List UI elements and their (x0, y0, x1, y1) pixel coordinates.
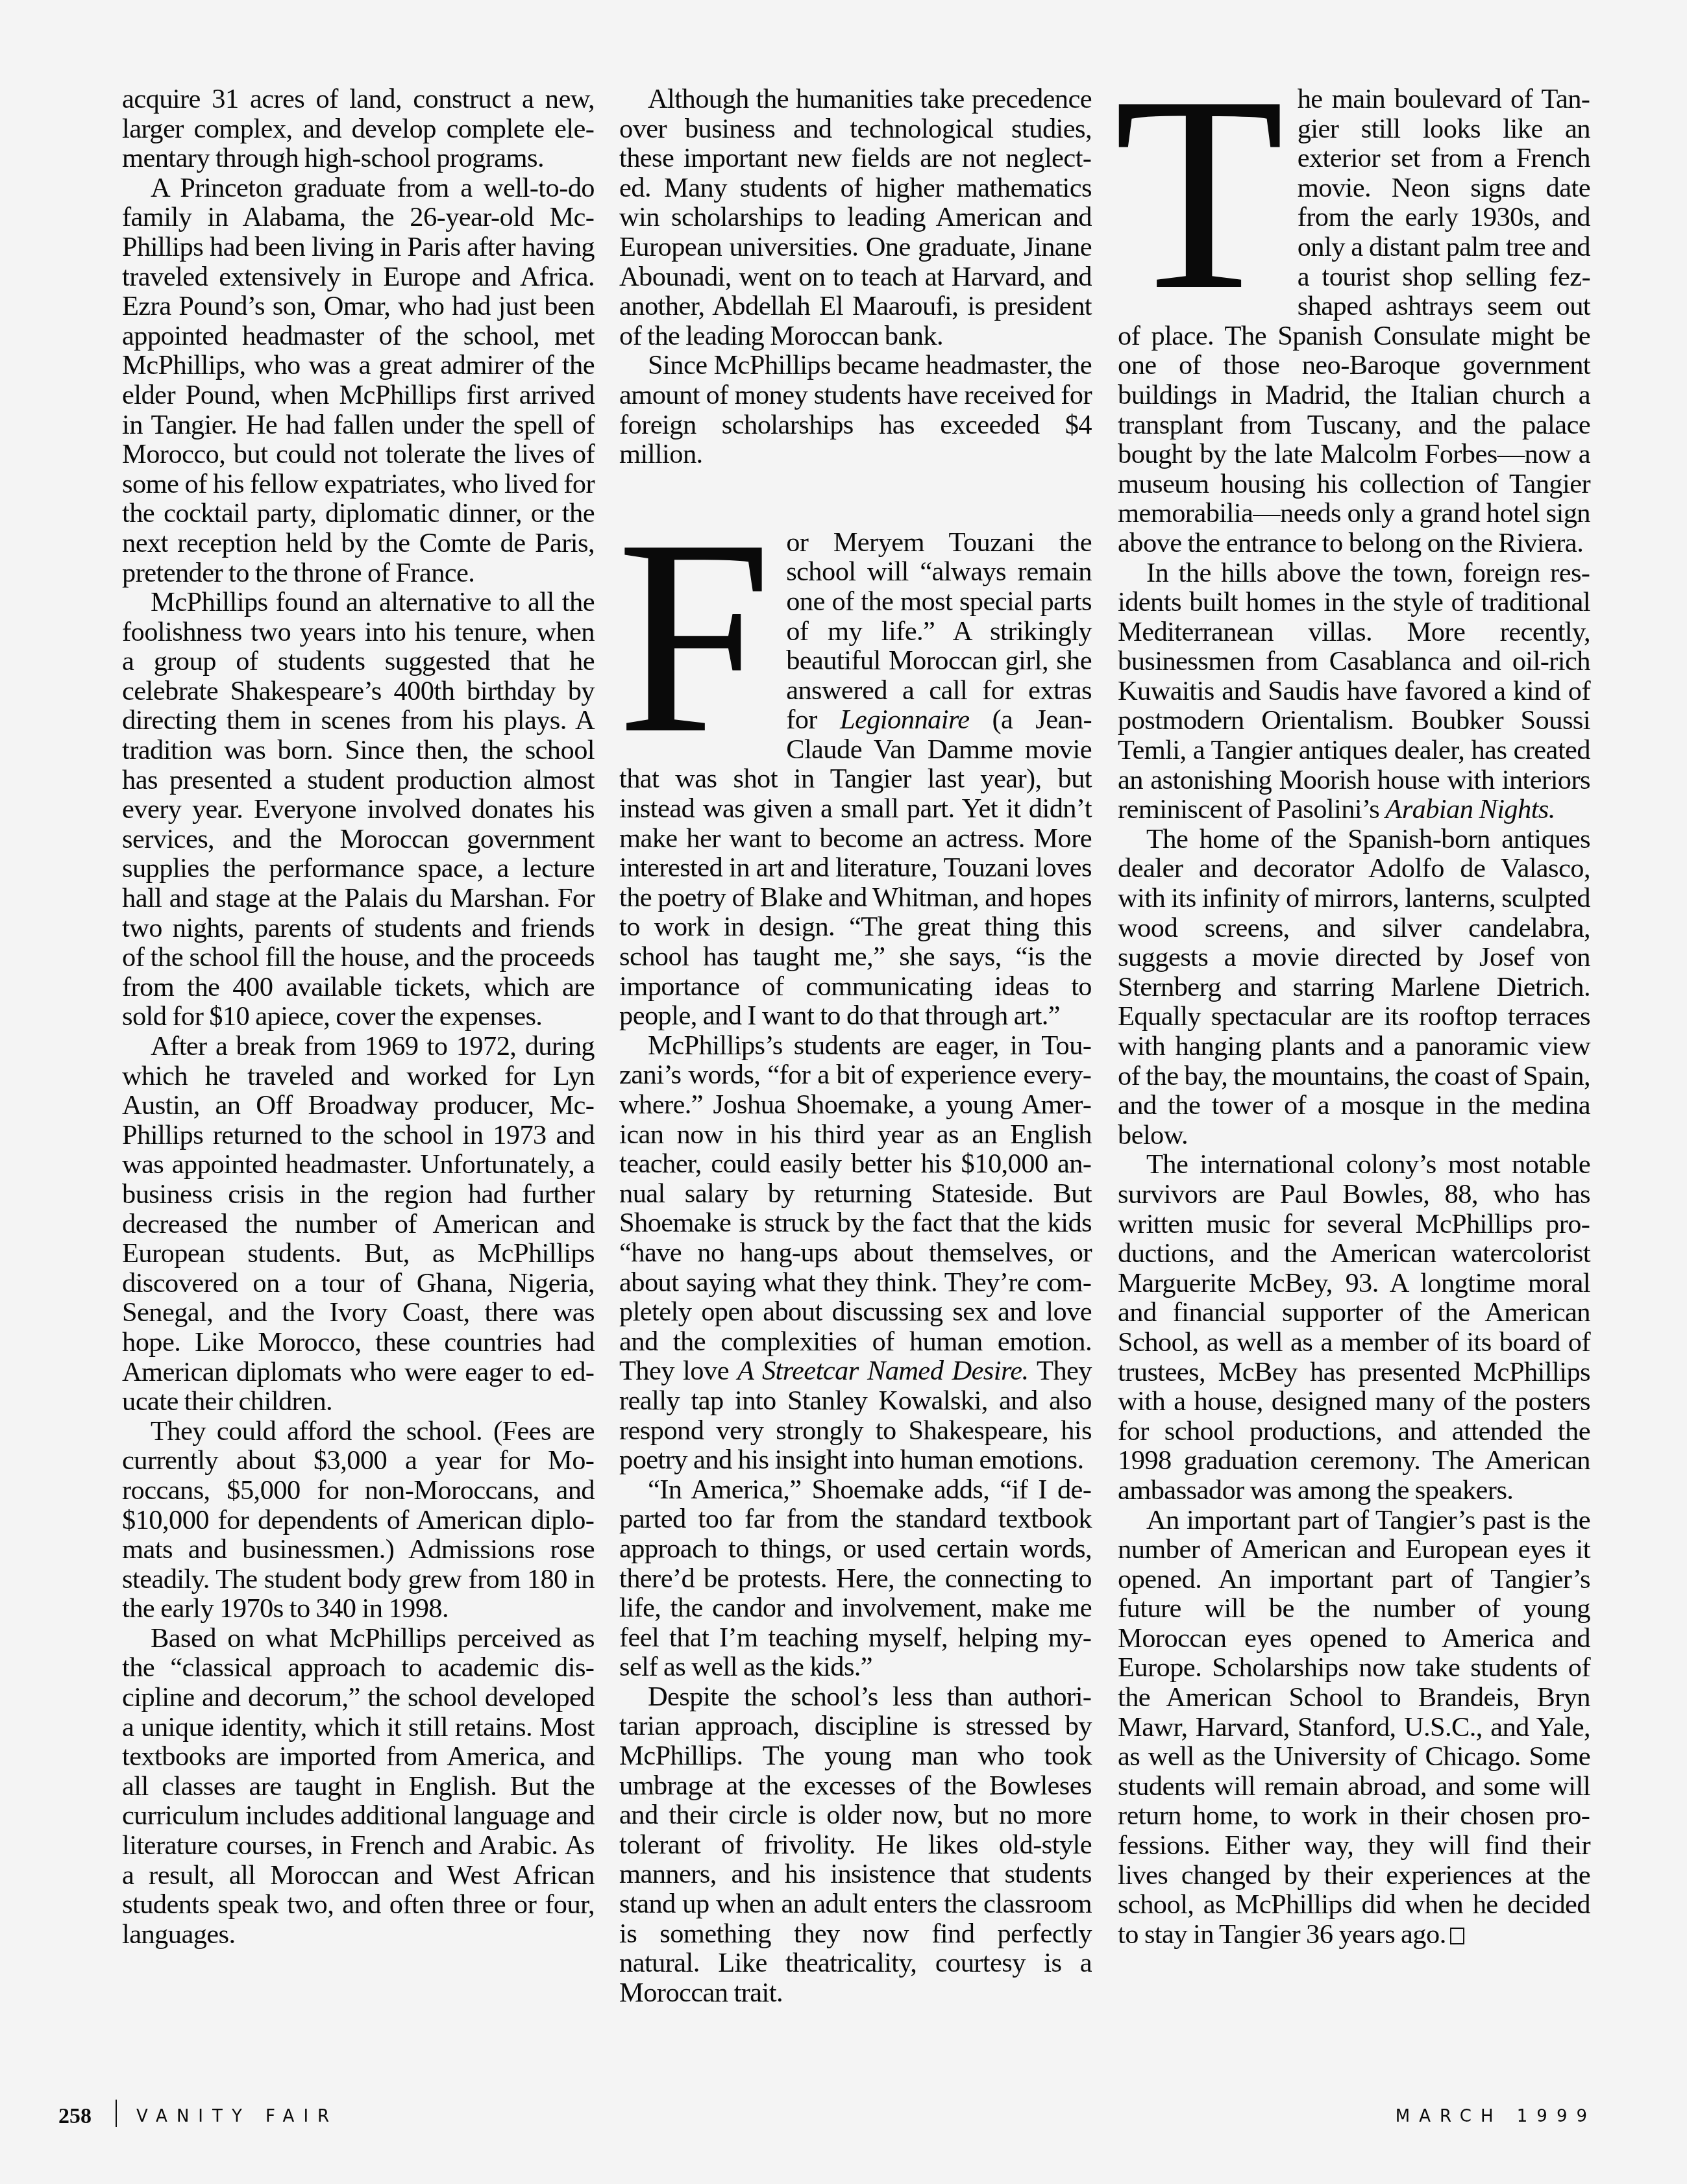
section-opening-paragraph: For Meryem Touzani the school will “alwa… (619, 528, 1092, 1031)
paragraph: “In America,” Shoemake adds, “if I de­pa… (619, 1475, 1092, 1682)
paragraph: Despite the school’s less than authori­t… (619, 1682, 1092, 2008)
section-opening-paragraph: The main boulevard of Tan­gier still loo… (1118, 84, 1590, 558)
paragraph: They could afford the school. (Fees are … (122, 1417, 595, 1624)
paragraph: An important part of Tangier’s past is t… (1118, 1506, 1590, 1950)
paragraph-text: or Meryem Touzani the school will “alway… (786, 527, 1092, 736)
film-title: Legionnaire (840, 704, 970, 735)
end-of-article-square-icon (1450, 1928, 1464, 1944)
paragraph: The home of the Spanish-born antiques de… (1118, 825, 1590, 1150)
paragraph: McPhillips’s students are eager, in Tou­… (619, 1031, 1092, 1475)
paragraph-text: McPhillips’s students are eager, in Tou­… (619, 1030, 1092, 1387)
magazine-name: VANITY FAIR (136, 2105, 338, 2128)
article-column-2: Although the humanities take precedence … (619, 84, 1092, 2007)
paragraph: McPhillips found an alternative to all t… (122, 588, 595, 1032)
page-number: 258 (58, 2103, 92, 2129)
paragraph: acquire 31 acres of land, construct a ne… (122, 84, 595, 173)
page-footer: 258 VANITY FAIR MARCH 1999 (0, 2103, 1687, 2142)
drop-cap-letter: T (1114, 90, 1285, 297)
play-title: A Streetcar Named Desire. (737, 1356, 1029, 1386)
film-title: Arabian Nights. (1385, 794, 1555, 825)
paragraph: Since McPhillips became headmaster, the … (619, 351, 1092, 469)
footer-divider (116, 2100, 117, 2127)
article-page: acquire 31 acres of land, construct a ne… (122, 84, 1590, 2045)
paragraph: A Princeton graduate from a well-to-do f… (122, 173, 595, 588)
drop-cap-letter: F (617, 533, 772, 741)
article-column-1: acquire 31 acres of land, construct a ne… (122, 84, 595, 1949)
issue-date: MARCH 1999 (1396, 2105, 1596, 2128)
paragraph-text: In the hills above the town, foreign res… (1118, 558, 1590, 825)
paragraph: Although the humanities take precedence … (619, 84, 1092, 351)
paragraph-text: An important part of Tangier’s past is t… (1118, 1505, 1590, 1950)
article-column-3: The main boulevard of Tan­gier still loo… (1118, 84, 1590, 1949)
paragraph: The international colony’s most notable … (1118, 1150, 1590, 1505)
paragraph: Based on what McPhillips perceived as th… (122, 1624, 595, 1950)
paragraph: After a break from 1969 to 1972, during … (122, 1032, 595, 1417)
paragraph: In the hills above the town, foreign res… (1118, 558, 1590, 825)
